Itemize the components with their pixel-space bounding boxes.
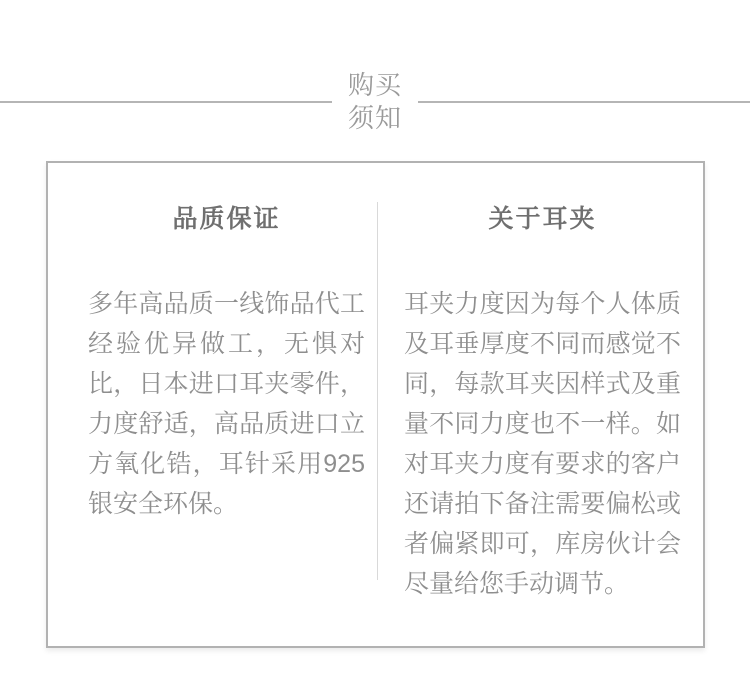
body-line: 比，日本进口耳夹零件， xyxy=(88,364,365,404)
notice-box: 品质保证 多年高品质一线饰品代工 经验优异做工，无惧对 比，日本进口耳夹零件， … xyxy=(46,161,705,648)
header-rule-left xyxy=(0,101,332,103)
body-line: 方氧化锆，耳针采用925 xyxy=(88,444,365,484)
section-title-line2: 须知 xyxy=(348,102,402,135)
body-line: 同，每款耳夹因样式及重 xyxy=(404,364,681,404)
about-ear-clips-inner: 关于耳夹 耳夹力度因为每个人体质 及耳垂厚度不同而感觉不 同，每款耳夹因样式及重… xyxy=(404,205,681,604)
quality-guarantee-title: 品质保证 xyxy=(88,205,365,233)
body-line: 对耳夹力度有要求的客户 xyxy=(404,444,681,484)
section-header: 购买 须知 xyxy=(0,69,750,135)
body-line: 耳夹力度因为每个人体质 xyxy=(404,284,681,324)
body-line: 经验优异做工，无惧对 xyxy=(88,324,365,364)
about-ear-clips-title: 关于耳夹 xyxy=(404,205,681,233)
section-title: 购买 须知 xyxy=(348,69,402,135)
body-line: 量不同力度也不一样。如 xyxy=(404,404,681,444)
header-rule-right xyxy=(418,101,750,103)
quality-guarantee-inner: 品质保证 多年高品质一线饰品代工 经验优异做工，无惧对 比，日本进口耳夹零件， … xyxy=(88,205,365,524)
section-title-line1: 购买 xyxy=(348,69,402,102)
body-line: 还请拍下备注需要偏松或 xyxy=(404,484,681,524)
body-line: 多年高品质一线饰品代工 xyxy=(88,284,365,324)
quality-guarantee-column: 品质保证 多年高品质一线饰品代工 经验优异做工，无惧对 比，日本进口耳夹零件， … xyxy=(48,163,377,646)
body-line: 银安全环保。 xyxy=(88,484,365,524)
body-line: 尽量给您手动调节。 xyxy=(404,564,681,604)
about-ear-clips-body: 耳夹力度因为每个人体质 及耳垂厚度不同而感觉不 同，每款耳夹因样式及重 量不同力… xyxy=(404,284,681,604)
body-line: 力度舒适，高品质进口立 xyxy=(88,404,365,444)
about-ear-clips-column: 关于耳夹 耳夹力度因为每个人体质 及耳垂厚度不同而感觉不 同，每款耳夹因样式及重… xyxy=(378,163,703,646)
purchase-notes-section: 购买 须知 品质保证 多年高品质一线饰品代工 经验优异做工，无惧对 比，日本进口… xyxy=(0,0,750,696)
body-line: 及耳垂厚度不同而感觉不 xyxy=(404,324,681,364)
quality-guarantee-body: 多年高品质一线饰品代工 经验优异做工，无惧对 比，日本进口耳夹零件， 力度舒适，… xyxy=(88,284,365,524)
body-line: 者偏紧即可，库房伙计会 xyxy=(404,524,681,564)
